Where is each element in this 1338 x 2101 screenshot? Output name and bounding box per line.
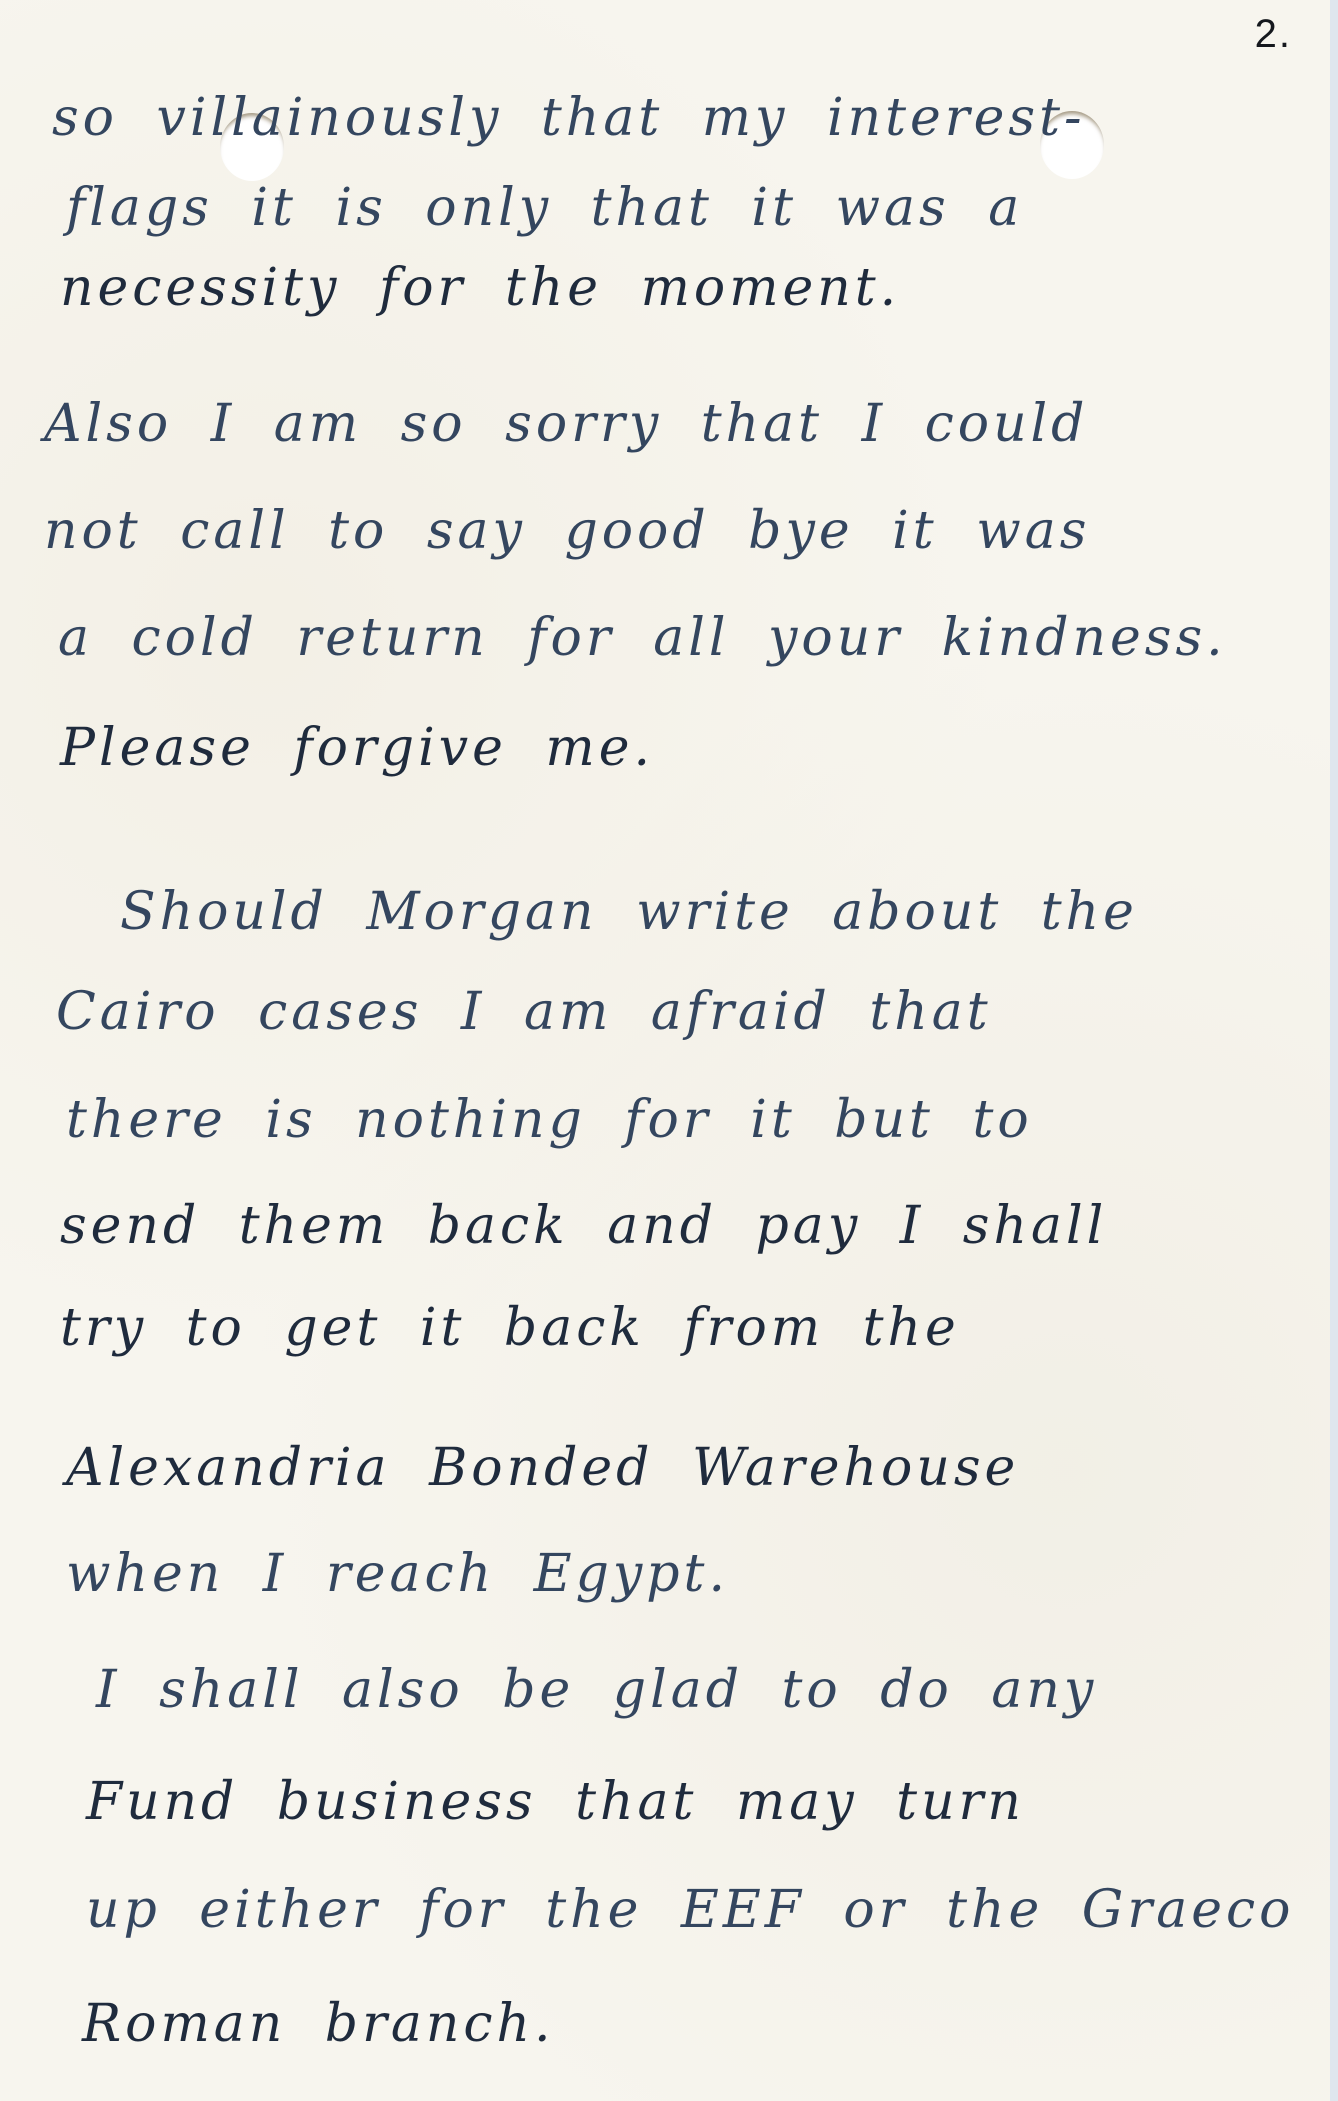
handwritten-line: I shall also be glad to do any [96,1664,1097,1716]
letter-page: 2. so villainously that my interest- fla… [0,0,1330,2101]
handwritten-line: Roman branch. [82,1998,555,2050]
handwritten-line: when I reach Egypt. [66,1548,729,1600]
handwritten-line: Also I am so sorry that I could [44,398,1088,450]
handwritten-line: Fund business that may turn [86,1776,1025,1828]
handwritten-line: Please forgive me. [60,722,654,774]
scan-edge [1330,0,1338,2101]
handwritten-line: send them back and pay I shall [60,1200,1107,1252]
handwritten-line: flags it is only that it was a [66,182,1023,234]
handwritten-line: so villainously that my interest- [52,92,1086,144]
page-number: 2. [1255,12,1292,57]
handwritten-line: there is nothing for it but to [66,1094,1033,1146]
handwritten-line: up either for the EEF or the Graeco [86,1884,1294,1936]
handwritten-line: try to get it back from the [60,1302,960,1354]
handwritten-line: Alexandria Bonded Warehouse [66,1442,1019,1494]
handwritten-line: Should Morgan write about the [120,886,1138,938]
handwritten-line: not call to say good bye it was [44,505,1090,557]
handwritten-line: necessity for the moment. [60,262,900,314]
handwritten-line: Cairo cases I am afraid that [56,986,992,1038]
handwritten-line: a cold return for all your kindness. [58,612,1227,664]
